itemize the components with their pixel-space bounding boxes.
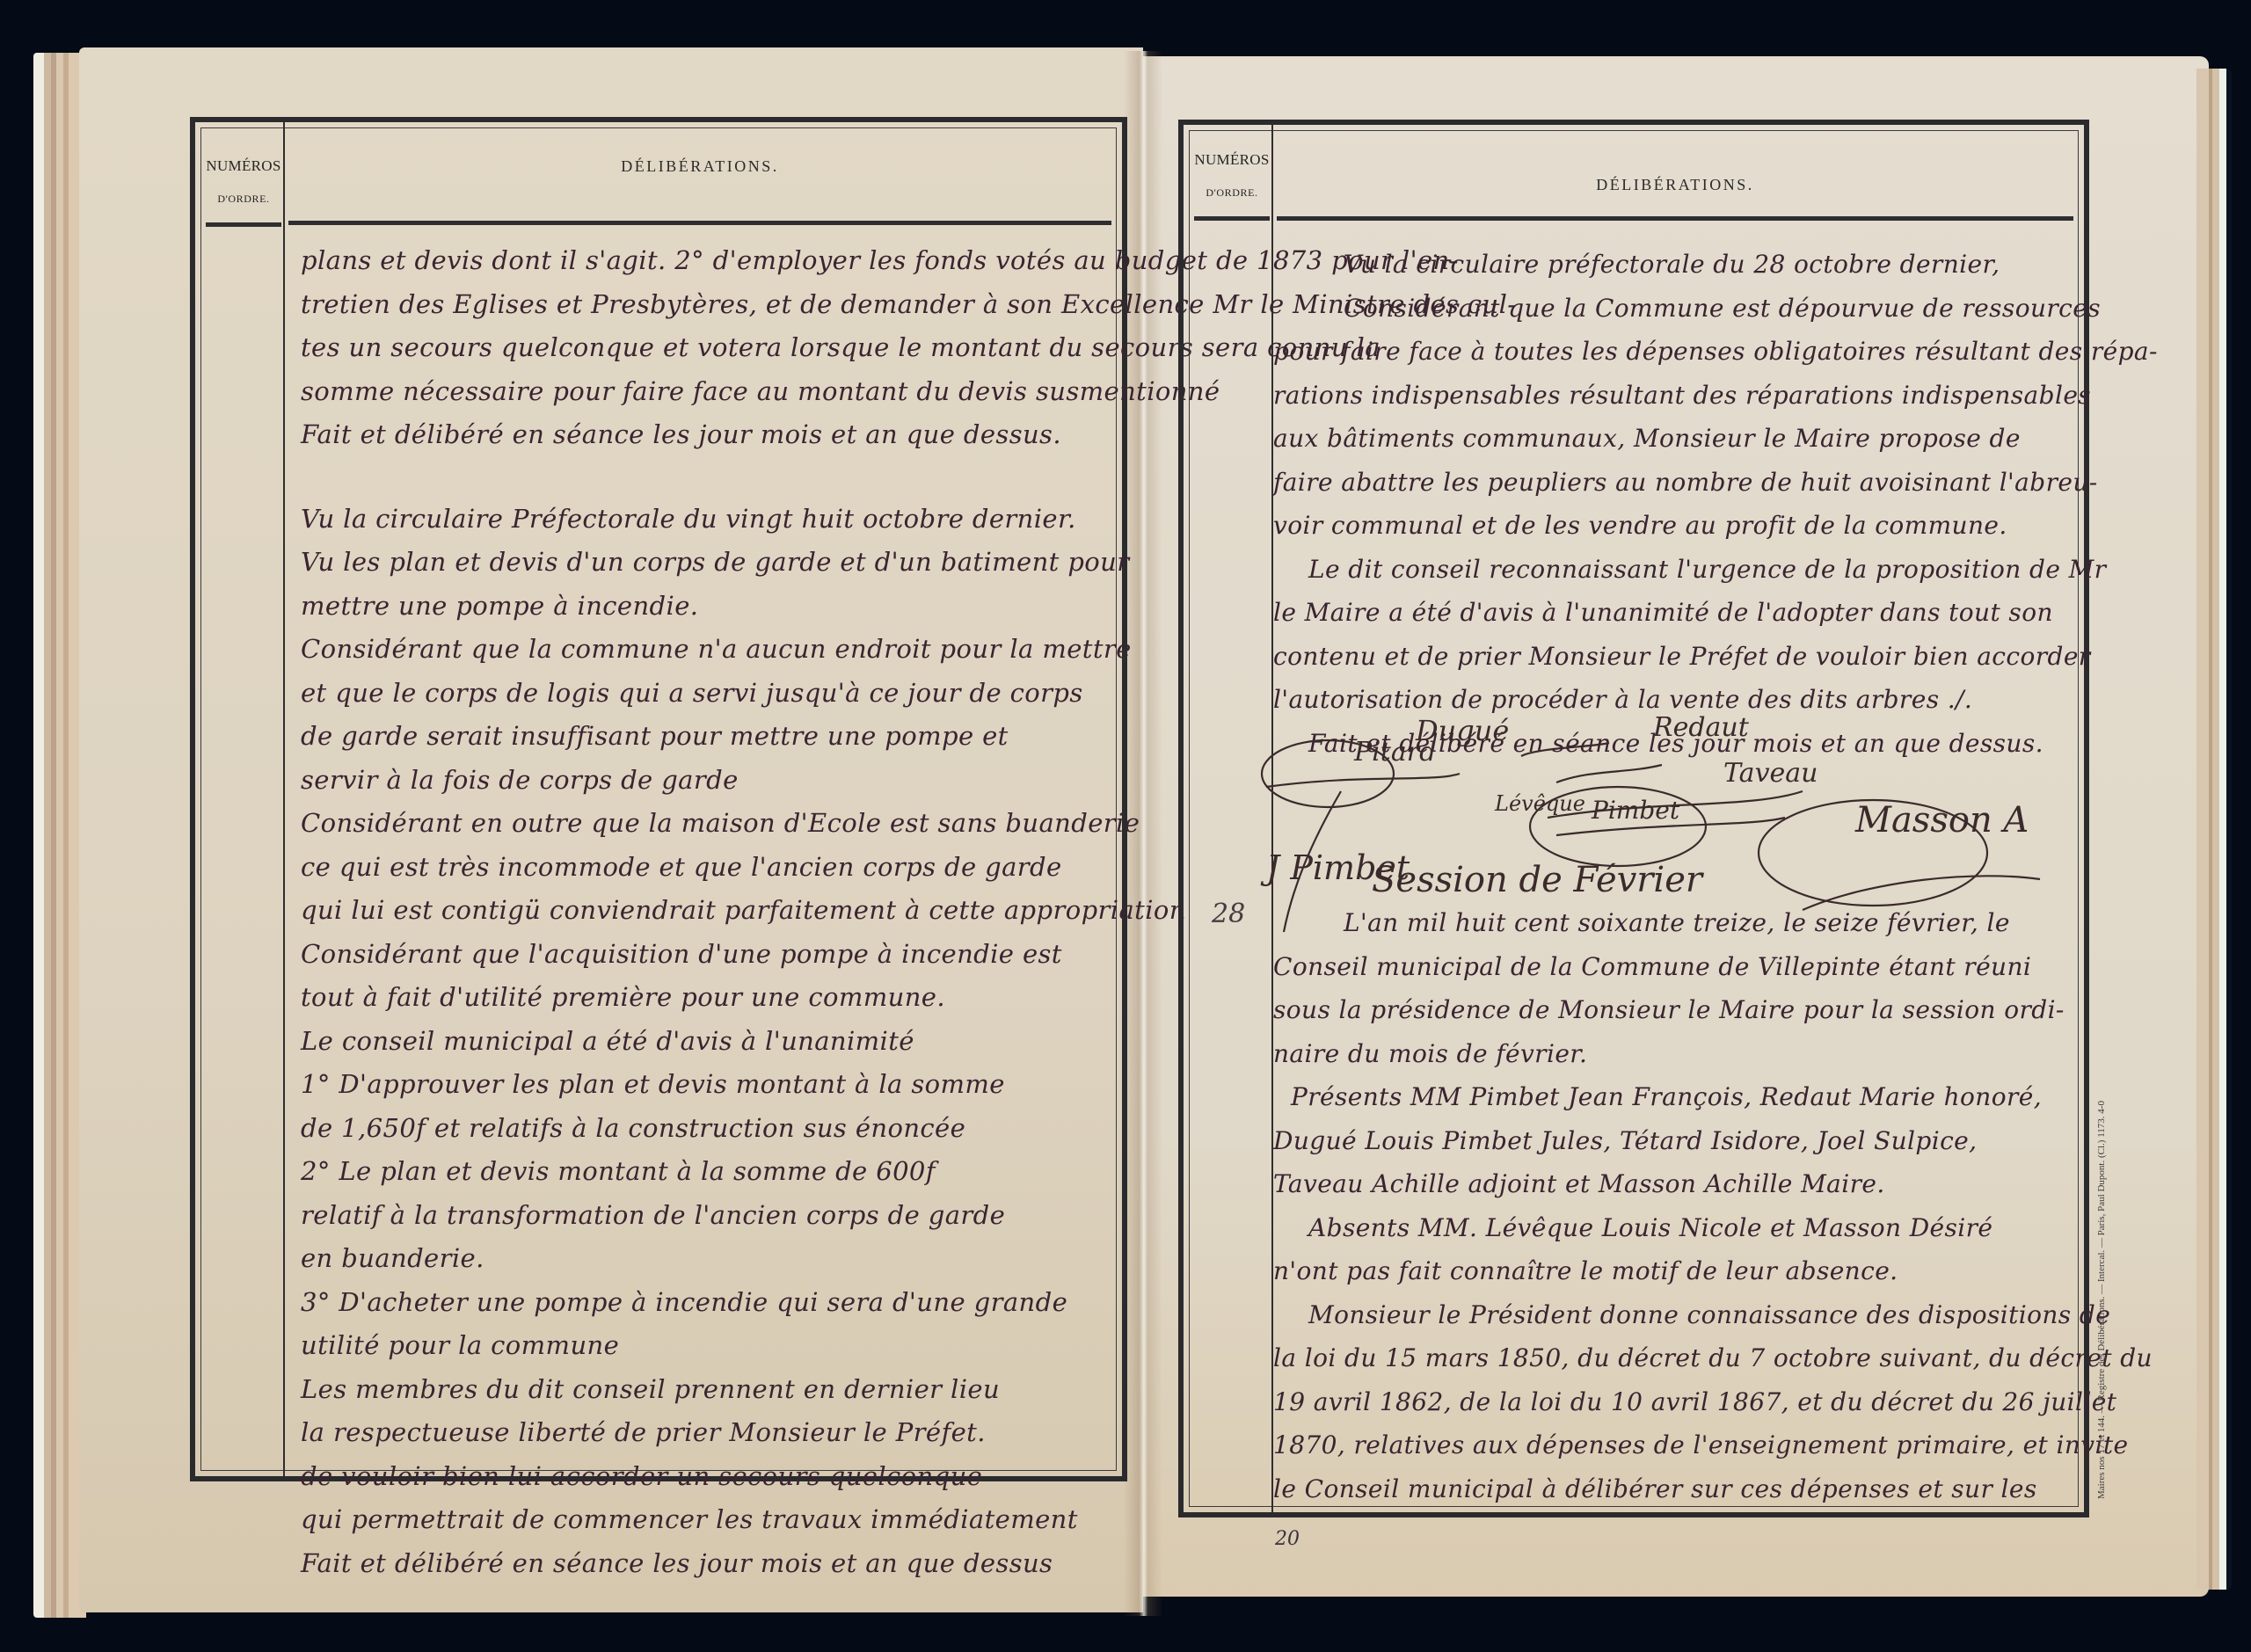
left-number-column-divider: [283, 122, 285, 1476]
text-line: mettre une pompe à incendie.: [301, 585, 1118, 629]
text-line: aux bâtiments communaux, Monsieur le Mai…: [1273, 417, 2065, 461]
left-header-rule-title: [288, 221, 1111, 225]
text-line: et que le corps de logis qui a servi jus…: [301, 672, 1118, 716]
text-line: Vu la circulaire Préfectorale du vingt h…: [301, 498, 1118, 542]
signature-pimbet: Pimbet: [1592, 796, 1679, 825]
left-header-rule-number: [206, 222, 281, 227]
text-line: L'an mil huit cent soixante treize, le s…: [1273, 901, 2065, 945]
text-line: Fait et délibéré en séance les jour mois…: [301, 413, 1118, 457]
text-line: Vu les plan et devis d'un corps de garde…: [301, 541, 1118, 585]
text-line: Considérant que l'acquisition d'une pomp…: [301, 933, 1118, 977]
paragraph-gap: [301, 457, 1118, 498]
text-line: Considérant que la Commune est dépourvue…: [1273, 287, 2065, 331]
text-line: 19 avril 1862, de la loi du 10 avril 186…: [1273, 1380, 2065, 1424]
deliberation-order-number: 28: [1212, 899, 1245, 929]
left-page-text: plans et devis dont il s'agit. 2° d'empl…: [301, 239, 1118, 1585]
right-header-number-label: NUMÉROS D'ORDRE.: [1192, 151, 1271, 200]
text-line: tretien des Eglises et Presbytères, et d…: [301, 283, 1118, 327]
signature-taveau: Taveau: [1723, 758, 1818, 789]
text-line: Considérant que la commune n'a aucun end…: [301, 628, 1118, 672]
text-line: Monsieur le Président donne connaissance…: [1273, 1293, 2065, 1337]
left-page-stack-edge: [33, 53, 86, 1618]
text-line: Dugué Louis Pimbet Jules, Tétard Isidore…: [1273, 1119, 2065, 1163]
text-line: rations indispensables résultant des rép…: [1273, 374, 2065, 418]
text-line: Le dit conseil reconnaissant l'urgence d…: [1273, 548, 2065, 592]
text-line: Absents MM. Lévêque Louis Nicole et Mass…: [1273, 1206, 2065, 1250]
text-line: faire abattre les peupliers au nombre de…: [1273, 461, 2065, 505]
signature-dugue: Dugué: [1416, 714, 1509, 747]
text-line: sous la présidence de Monsieur le Maire …: [1273, 988, 2065, 1032]
right-header-rule-number: [1194, 216, 1270, 221]
text-line: Conseil municipal de la Commune de Ville…: [1273, 945, 2065, 989]
text-line: Taveau Achille adjoint et Masson Achille…: [1273, 1162, 2065, 1206]
text-line: qui lui est contigü conviendrait parfait…: [301, 889, 1118, 933]
text-line: contenu et de prier Monsieur le Préfet d…: [1273, 635, 2065, 679]
text-line: servir à la fois de corps de garde: [301, 759, 1118, 803]
page-number: 20: [1275, 1528, 1300, 1550]
text-line: en buanderie.: [301, 1237, 1118, 1281]
text-line: n'ont pas fait connaître le motif de leu…: [1273, 1249, 2065, 1293]
printer-imprint: Maires nos 17 et 144. — Registre des Dél…: [2096, 1101, 2107, 1499]
text-line: pour faire face à toutes les dépenses ob…: [1273, 330, 2065, 374]
text-line: Le conseil municipal a été d'avis à l'un…: [301, 1020, 1118, 1064]
right-page-text-top: Vu la circulaire préfectorale du 28 octo…: [1273, 243, 2065, 765]
right-page-text-bottom: L'an mil huit cent soixante treize, le s…: [1273, 901, 2065, 1510]
text-line: voir communal et de les vendre au profit…: [1273, 504, 2065, 548]
left-header-dordre: D'ORDRE.: [204, 193, 283, 206]
text-line: de 1,650f et relatifs à la construction …: [301, 1107, 1118, 1151]
text-line: qui permettrait de commencer les travaux…: [301, 1498, 1118, 1542]
signature-redaut: Redaut: [1653, 712, 1749, 743]
signature-masson: Masson A: [1855, 800, 2029, 841]
text-line: la respectueuse liberté de prier Monsieu…: [301, 1411, 1118, 1455]
left-header-numeros: NUMÉROS: [204, 157, 283, 175]
right-header-dordre: D'ORDRE.: [1192, 186, 1271, 200]
right-page-stack-edge: [2196, 69, 2232, 1590]
signature-leveque: Lévêque: [1495, 791, 1585, 816]
text-line: Fait et délibéré en séance les jour mois…: [301, 1542, 1118, 1586]
right-header-numeros: NUMÉROS: [1192, 151, 1271, 169]
text-line: Vu la circulaire préfectorale du 28 octo…: [1273, 243, 2065, 287]
text-line: Présents MM Pimbet Jean François, Redaut…: [1273, 1075, 2065, 1119]
text-line: Les membres du dit conseil prennent en d…: [301, 1368, 1118, 1412]
text-line: tout à fait d'utilité première pour une …: [301, 976, 1118, 1020]
text-line: 1° D'approuver les plan et devis montant…: [301, 1063, 1118, 1107]
text-line: 1870, relatives aux dépenses de l'enseig…: [1273, 1423, 2065, 1467]
text-line: tes un secours quelconque et votera lors…: [301, 326, 1118, 370]
text-line: naire du mois de février.: [1273, 1032, 2065, 1076]
text-line: le Conseil municipal à délibérer sur ces…: [1273, 1467, 2065, 1511]
text-line: le Maire a été d'avis à l'unanimité de l…: [1273, 591, 2065, 635]
text-line: ce qui est très incommode et que l'ancie…: [301, 846, 1118, 890]
text-line: relatif à la transformation de l'ancien …: [301, 1194, 1118, 1238]
right-header-title: DÉLIBÉRATIONS.: [1277, 176, 2073, 194]
text-line: Considérant en outre que la maison d'Eco…: [301, 802, 1118, 846]
left-header-title: DÉLIBÉRATIONS.: [288, 157, 1111, 176]
text-line: utilité pour la commune: [301, 1324, 1118, 1368]
session-title: Session de Février: [1372, 860, 1702, 900]
text-line: de vouloir bien lui accorder un secours …: [301, 1455, 1118, 1499]
text-line: la loi du 15 mars 1850, du décret du 7 o…: [1273, 1336, 2065, 1380]
text-line: plans et devis dont il s'agit. 2° d'empl…: [301, 239, 1118, 283]
right-header-rule-title: [1277, 216, 2073, 221]
text-line: 3° D'acheter une pompe à incendie qui se…: [301, 1281, 1118, 1325]
text-line: 2° Le plan et devis montant à la somme d…: [301, 1150, 1118, 1194]
left-header-number-label: NUMÉROS D'ORDRE.: [204, 157, 283, 206]
text-line: somme nécessaire pour faire face au mont…: [301, 370, 1118, 414]
text-line: de garde serait insuffisant pour mettre …: [301, 715, 1118, 759]
